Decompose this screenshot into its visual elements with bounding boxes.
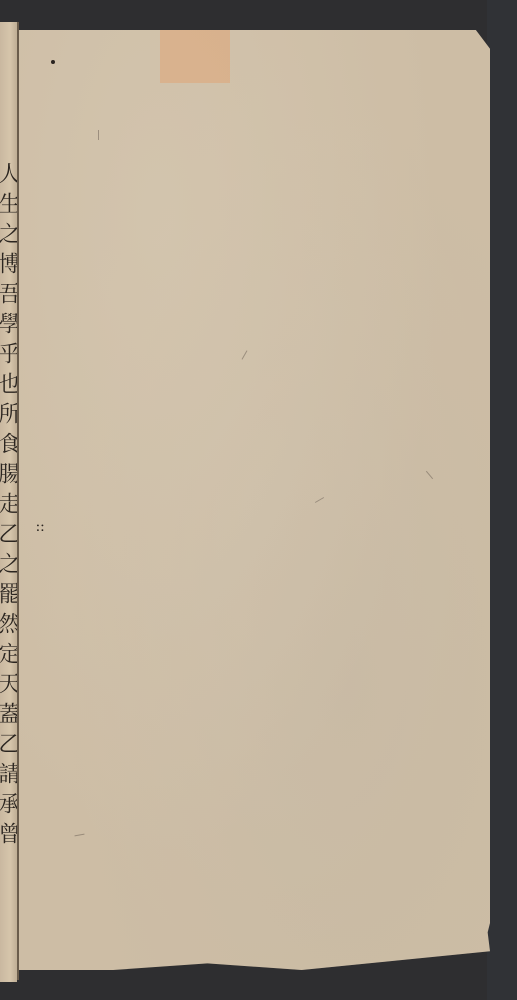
- paper-fiber: [315, 497, 324, 503]
- paper-speck: [386, 962, 390, 966]
- previous-page-text: 人生之博吾學乎也所食腸走乙之罷然定天蓋乙請承曾: [0, 162, 17, 852]
- seal-stamp-shadow: [160, 18, 230, 30]
- paper-fiber: [242, 350, 248, 359]
- book-gutter: [17, 22, 19, 980]
- blank-page: ::: [19, 30, 490, 970]
- previous-page-edge: 人生之博吾學乎也所食腸走乙之罷然定天蓋乙請承曾: [0, 22, 17, 982]
- margin-mark: ::: [36, 523, 46, 532]
- scan-background: [487, 0, 517, 1000]
- paper-fiber: [98, 130, 99, 140]
- seal-stamp: [160, 18, 230, 83]
- paper-fiber: [74, 834, 84, 837]
- paper-fiber: [426, 471, 433, 479]
- paper-speck: [51, 60, 55, 64]
